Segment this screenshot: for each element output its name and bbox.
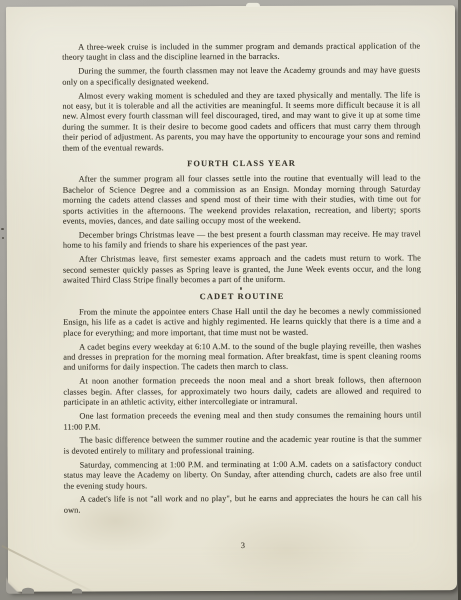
paragraph-academic-routine: After the summer program all four classe… bbox=[63, 174, 421, 227]
scan-speck bbox=[2, 237, 4, 239]
paragraph-work-and-play: A cadet's life is not "all work and no p… bbox=[64, 494, 422, 516]
paragraph-christmas-leave: December brings Christmas leave — the be… bbox=[63, 229, 421, 251]
paper-speck bbox=[240, 287, 242, 290]
paragraph-evening-formation: One last formation preceeds the evening … bbox=[63, 410, 421, 432]
paragraph-summer-vs-academic: The basic difference between the summer … bbox=[63, 435, 421, 457]
document-page: A three-week cruise is included in the s… bbox=[6, 5, 457, 592]
heading-fourth-class-year: FOURTH CLASS YEAR bbox=[63, 158, 421, 170]
paragraph-chase-hall: From the minute the appointee enters Cha… bbox=[63, 306, 421, 338]
paper-edge-notch bbox=[22, 588, 34, 594]
scan-speck bbox=[1, 228, 4, 230]
paper-edge-notch bbox=[72, 589, 82, 594]
paragraph-summer-restrictions: During the summer, the fourth classmen m… bbox=[62, 66, 420, 88]
paragraph-after-christmas: After Christmas leave, first semester ex… bbox=[63, 254, 421, 286]
paragraph-cruise: A three-week cruise is included in the s… bbox=[62, 41, 420, 63]
scan-background: A three-week cruise is included in the s… bbox=[0, 0, 461, 600]
page-number: 3 bbox=[64, 541, 422, 553]
paragraph-weekday-schedule: A cadet begins every weekday at 6:10 A.M… bbox=[63, 341, 421, 373]
paragraph-noon-formation: At noon another formation preceeds the n… bbox=[63, 376, 421, 408]
document-content: A three-week cruise is included in the s… bbox=[6, 5, 457, 552]
paragraph-waking-moment: Almost every waking moment is scheduled … bbox=[62, 90, 420, 154]
paragraph-weekend-liberty: Saturday, commencing at 1:00 P.M. and te… bbox=[64, 459, 422, 491]
heading-cadet-routine: CADET ROUTINE bbox=[63, 291, 421, 303]
